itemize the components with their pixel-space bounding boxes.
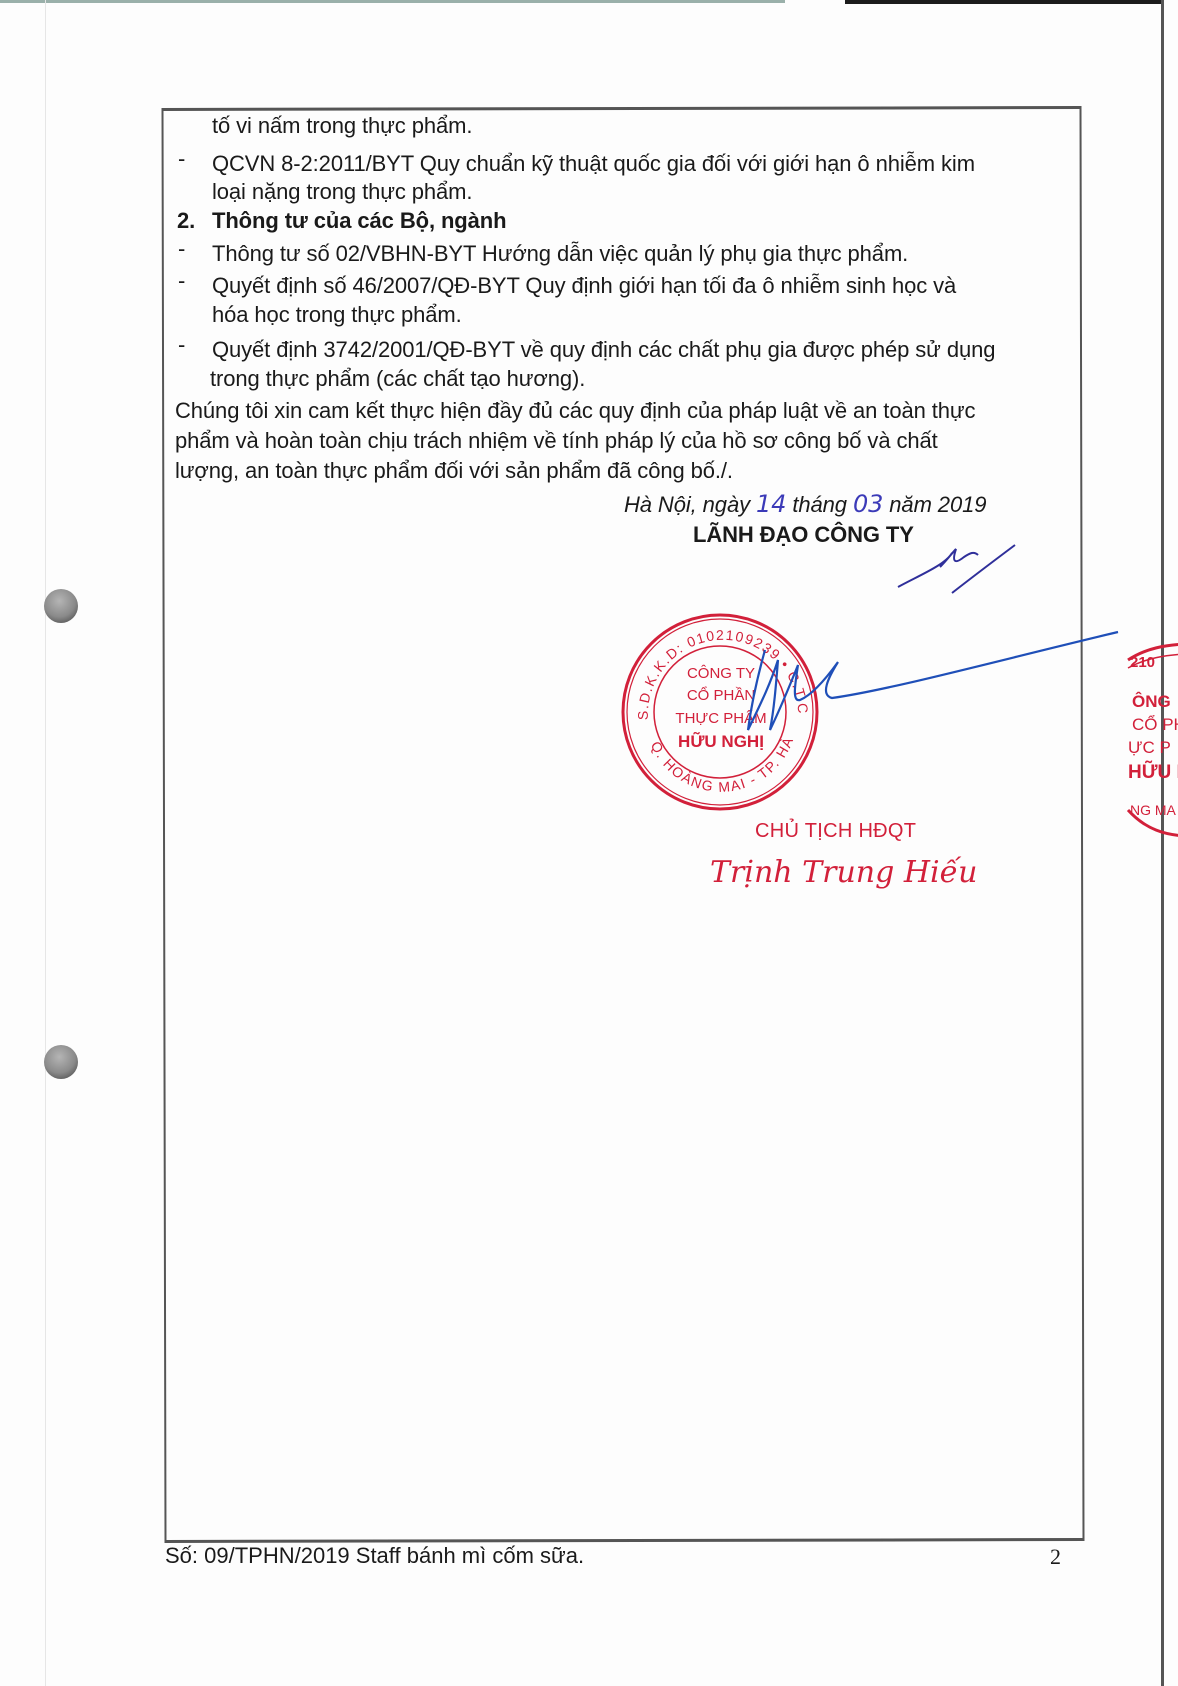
partial-seal-text: ỰC P: [1128, 738, 1171, 758]
partial-seal-text: HỮU N: [1128, 762, 1178, 784]
date-year: năm 2019: [889, 492, 986, 517]
scan-top-edge: [0, 0, 785, 3]
section-heading: Thông tư của các Bộ, ngành: [212, 208, 506, 234]
punch-hole-icon: [44, 589, 78, 623]
partial-seal-text: 210: [1130, 654, 1155, 671]
commitment-line: lượng, an toàn thực phẩm đối với sản phẩ…: [175, 458, 733, 484]
partial-seal-text: CỔ PH: [1132, 715, 1178, 735]
continued-line: tố vi nấm trong thực phẩm.: [212, 113, 472, 139]
section-number: 2.: [177, 208, 195, 234]
date-line: Hà Nội, ngày 14 tháng 03 năm 2019: [624, 490, 986, 518]
partial-seal-text: NG MA: [1130, 802, 1176, 818]
page-number: 2: [1050, 1544, 1061, 1570]
date-day: 14: [756, 490, 786, 518]
list-item-line: Quyết định 3742/2001/QĐ-BYT về quy định …: [212, 337, 995, 363]
list-item-line: hóa học trong thực phẩm.: [212, 302, 462, 328]
list-item-line: Thông tư số 02/VBHN-BYT Hướng dẫn việc q…: [212, 241, 908, 267]
list-item-line: trong thực phẩm (các chất tạo hương).: [210, 366, 585, 392]
initials-signature-icon: [890, 535, 1020, 595]
bullet-dash: -: [178, 146, 185, 172]
date-prefix: Hà Nội, ngày: [624, 492, 750, 517]
date-month-label: tháng: [792, 492, 847, 517]
bullet-dash: -: [178, 268, 185, 294]
page-fold-line: [45, 0, 46, 1686]
commitment-line: phẩm và hoàn toàn chịu trách nhiệm về tí…: [175, 428, 938, 454]
date-month: 03: [853, 490, 883, 518]
signer-name: Trịnh Trung Hiếu: [710, 855, 977, 890]
bullet-dash: -: [178, 236, 185, 262]
signer-title: CHỦ TỊCH HĐQT: [755, 820, 916, 843]
document-reference: Số: 09/TPHN/2019 Staff bánh mì cốm sữa.: [165, 1543, 584, 1569]
partial-seal-text: ÔNG: [1132, 692, 1171, 712]
list-item-line: Quyết định số 46/2007/QĐ-BYT Quy định gi…: [212, 273, 956, 299]
scan-top-edge-dark: [845, 0, 1163, 4]
signature-icon: [740, 630, 1120, 750]
commitment-line: Chúng tôi xin cam kết thực hiện đầy đủ c…: [175, 398, 975, 424]
list-item-qcvn-line2: loại nặng trong thực phẩm.: [212, 179, 472, 205]
punch-hole-icon: [44, 1045, 78, 1079]
signatory-heading: LÃNH ĐẠO CÔNG TY: [693, 522, 914, 548]
list-item-qcvn-line1: QCVN 8-2:2011/BYT Quy chuẩn kỹ thuật quố…: [212, 151, 975, 177]
bullet-dash: -: [178, 332, 185, 358]
adjacent-page-seal: 210 ÔNG CỔ PH ỰC P HỮU N NG MA: [1126, 640, 1178, 845]
